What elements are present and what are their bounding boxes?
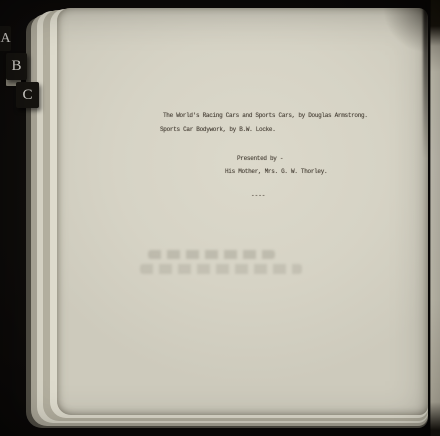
index-tab-c: C	[16, 82, 39, 108]
gutter-shadow	[423, 0, 429, 158]
album-page: The World's Racing Cars and Sports Cars,…	[57, 8, 428, 415]
show-through-text	[148, 250, 275, 259]
index-tab-a-label: A	[0, 32, 10, 46]
book-title-line-1: The World's Racing Cars and Sports Cars,…	[163, 112, 368, 119]
dash-divider: ----	[251, 192, 265, 199]
index-tab-a: A	[0, 26, 11, 51]
book-title-line-2: Sports Car Bodywork, by B.W. Locke.	[160, 126, 276, 133]
index-tab-b-label: B	[11, 59, 21, 74]
index-tab-c-label: C	[22, 88, 32, 103]
presented-by-line: Presented by -	[237, 155, 283, 162]
show-through-text	[140, 264, 302, 274]
page-corner-shadow	[382, 8, 428, 64]
facing-page-edge	[430, 0, 440, 436]
index-tab-b: B	[6, 53, 27, 80]
presenter-name-line: His Mother, Mrs. G. W. Thorley.	[225, 168, 327, 175]
photographed-album-page: The World's Racing Cars and Sports Cars,…	[0, 0, 440, 436]
